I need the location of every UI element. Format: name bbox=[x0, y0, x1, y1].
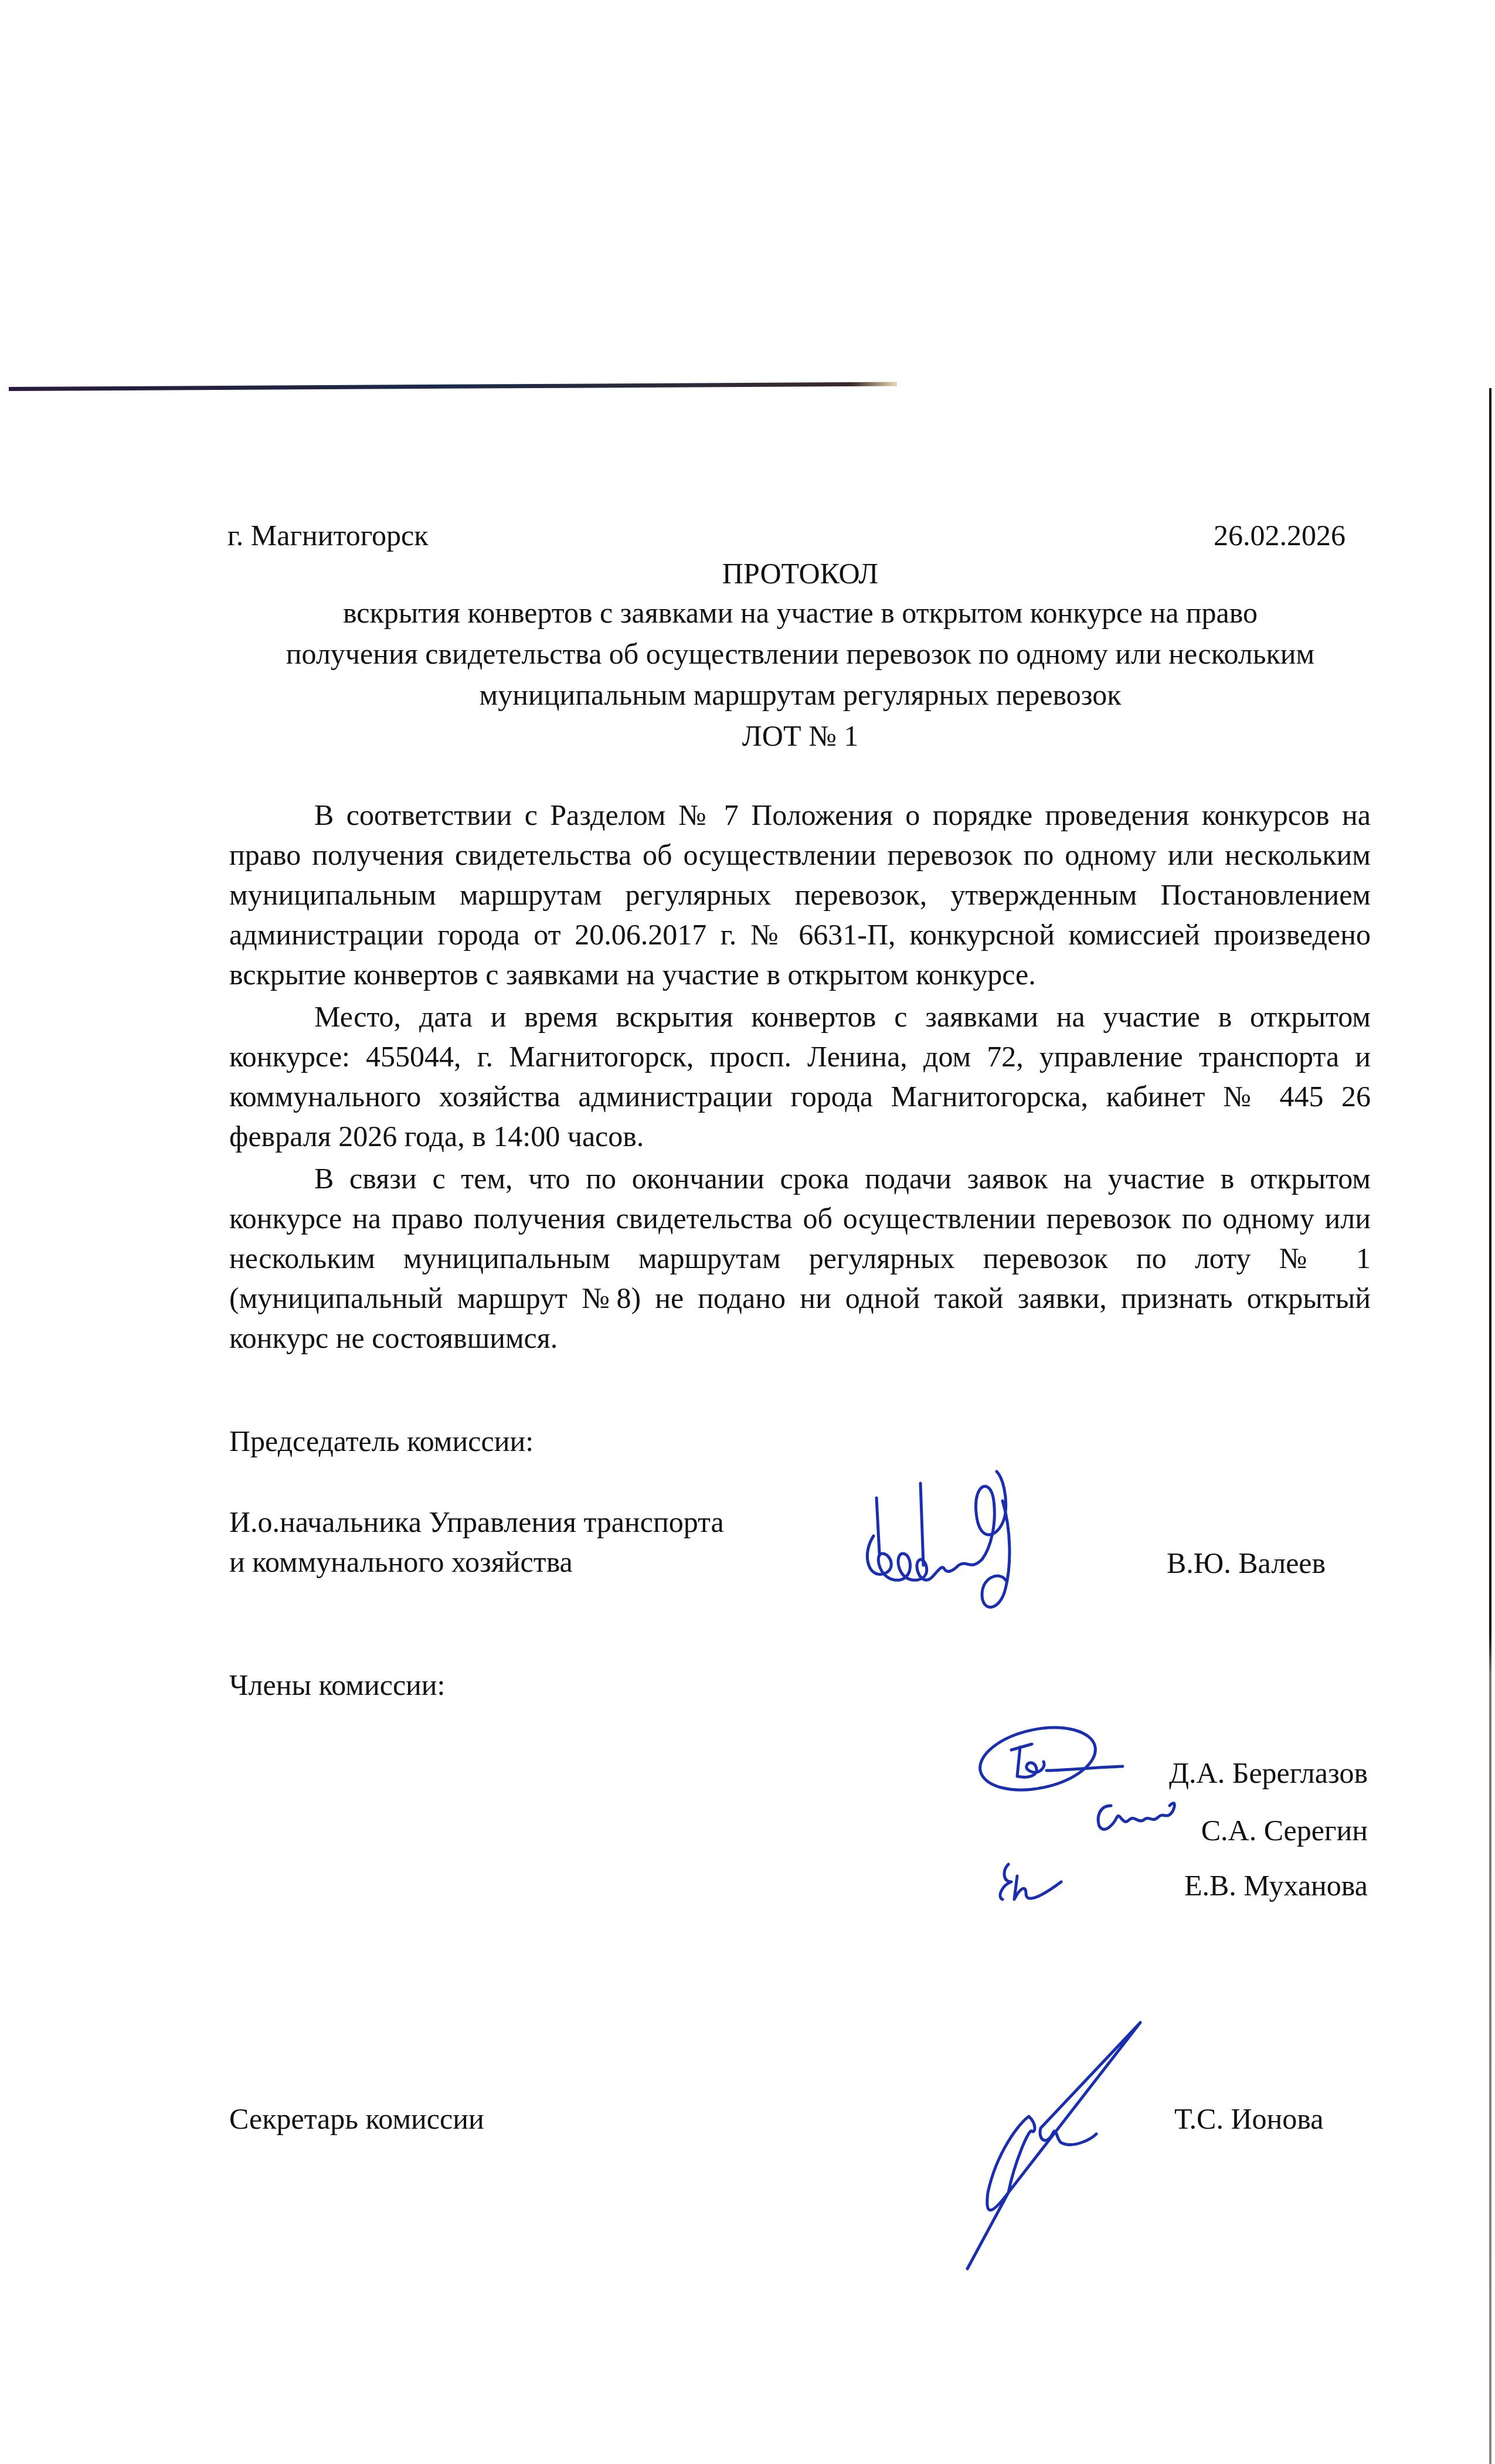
document-page: г. Магнитогорск 26.02.2026 ПРОТОКОЛ вскр… bbox=[0, 0, 1495, 2464]
member-name: С.А. Серегин bbox=[1201, 1810, 1368, 1850]
paragraph-basis: В соответствии с Разделом № 7 Положения … bbox=[229, 795, 1371, 994]
secretary-name: Т.С. Ионова bbox=[1174, 2099, 1323, 2139]
signature-member-1-icon bbox=[976, 1721, 1152, 1797]
signature-secretary-icon bbox=[903, 2017, 1149, 2275]
chair-position-line: И.о.начальника Управления транспорта bbox=[229, 1502, 724, 1542]
lot-number: ЛОТ № 1 bbox=[229, 716, 1372, 755]
chair-name: В.Ю. Валеев bbox=[1167, 1543, 1326, 1583]
secretary-label: Секретарь комиссии bbox=[229, 2099, 484, 2139]
signature-chair-icon bbox=[856, 1466, 1102, 1618]
document-title: ПРОТОКОЛ bbox=[229, 554, 1372, 593]
subtitle-line: получения свидетельства об осуществлении… bbox=[229, 633, 1372, 674]
document-subtitle: вскрытия конвертов с заявками на участие… bbox=[229, 592, 1372, 715]
members-heading: Члены комиссии: bbox=[229, 1665, 445, 1705]
signature-member-3-icon bbox=[991, 1858, 1085, 1905]
chair-heading: Председатель комиссии: bbox=[229, 1421, 534, 1461]
paragraph-place-time: Место, дата и время вскрытия конвертов с… bbox=[229, 997, 1371, 1156]
member-name: Е.В. Муханова bbox=[1184, 1865, 1368, 1905]
chair-position-line: и коммунального хозяйства bbox=[229, 1542, 724, 1582]
subtitle-line: вскрытия конвертов с заявками на участие… bbox=[229, 592, 1372, 633]
member-name: Д.А. Береглазов bbox=[1169, 1753, 1368, 1793]
chair-position: И.о.начальника Управления транспорта и к… bbox=[229, 1502, 724, 1582]
signature-member-2-icon bbox=[1088, 1794, 1193, 1841]
document-date: 26.02.2026 bbox=[1196, 516, 1345, 555]
document-body: В соответствии с Разделом № 7 Положения … bbox=[229, 795, 1371, 1360]
paragraph-decision: В связи с тем, что по окончании срока по… bbox=[229, 1158, 1371, 1358]
city: г. Магнитогорск bbox=[227, 516, 428, 555]
subtitle-line: муниципальным маршрутам регулярных перев… bbox=[229, 674, 1372, 715]
